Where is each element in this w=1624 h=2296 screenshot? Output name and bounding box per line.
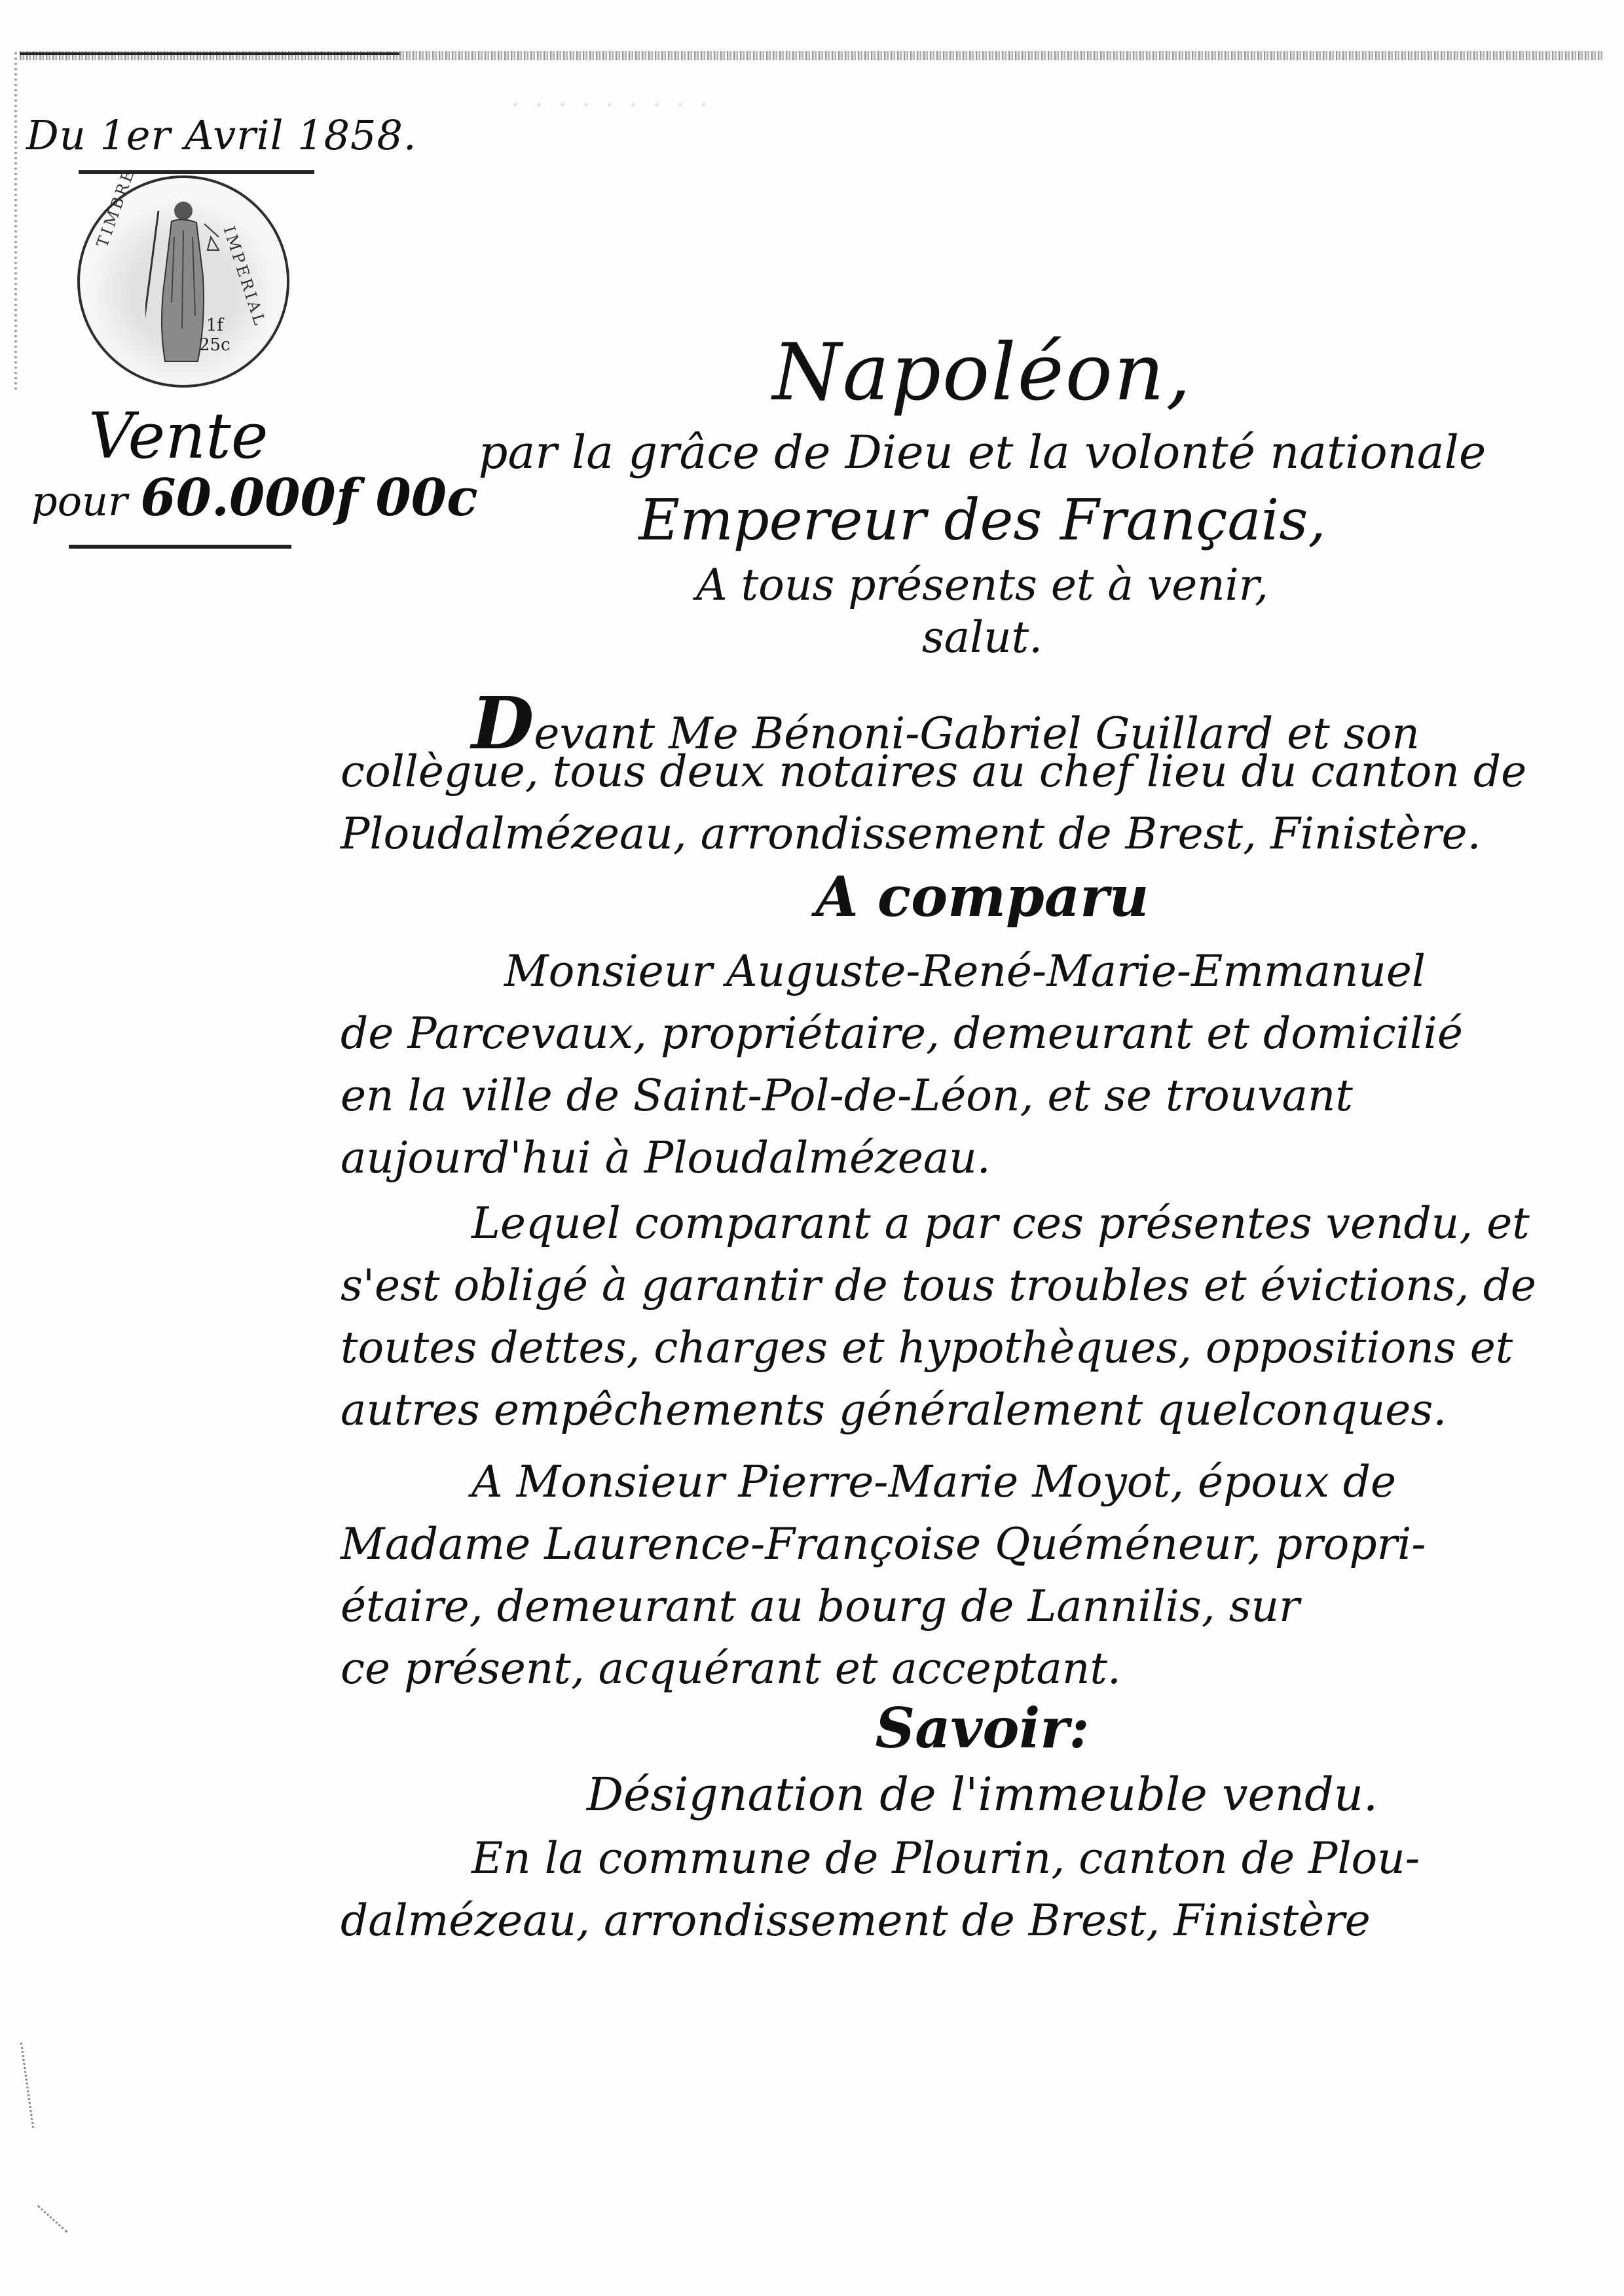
body-line: Ploudalmézeau, arrondissement de Brest, …: [341, 809, 1481, 859]
margin-mark: [11, 2205, 68, 2262]
header-line-1: par la grâce de Dieu et la volonté natio…: [458, 426, 1506, 479]
sale-title: Vente: [88, 399, 268, 473]
subsection-heading: Désignation de l'immeuble vendu.: [458, 1768, 1506, 1821]
sale-amount-line: pour 60.000f 00c: [31, 468, 478, 528]
document-page: · · · · · · · · · Du 1er Avril 1858. TIM…: [0, 0, 1624, 2296]
sale-amount: 60.000f 00c: [140, 468, 477, 528]
deed-date: Du 1er Avril 1858.: [26, 111, 417, 159]
header-line-2: Empereur des Français,: [458, 488, 1506, 553]
body-line: Lequel comparant a par ces présentes ven…: [471, 1198, 1530, 1248]
body-line: En la commune de Plourin, canton de Plou…: [471, 1833, 1420, 1884]
body-line: s'est obligé à garantir de tous troubles…: [341, 1260, 1536, 1311]
body-line: dalmézeau, arrondissement de Brest, Fini…: [341, 1895, 1371, 1946]
body-line: en la ville de Saint-Pol-de-Léon, et se …: [341, 1070, 1353, 1121]
body-line: A Monsieur Pierre-Marie Moyot, époux de: [471, 1457, 1396, 1507]
body-line: Madame Laurence-Françoise Quéméneur, pro…: [341, 1519, 1426, 1569]
body-line: autres empêchements généralement quelcon…: [341, 1385, 1447, 1435]
body-line: collègue, tous deux notaires au chef lie…: [341, 746, 1526, 797]
stamp-label-left: TIMBRE: [93, 165, 139, 249]
stamp-value-francs: 1f: [199, 316, 231, 335]
margin-mark: [20, 2043, 34, 2128]
date-underline: [79, 170, 314, 174]
sovereign-title: Napoléon,: [458, 327, 1506, 418]
header-line-4: salut.: [458, 612, 1506, 663]
sale-underline: [69, 545, 291, 549]
header-line-3: A tous présents et à venir,: [458, 560, 1506, 610]
body-line: Monsieur Auguste-René-Marie-Emmanuel: [504, 946, 1426, 996]
tax-stamp-icon: TIMBRE IMPERIAL 1f 25c: [77, 175, 289, 388]
scan-left-edge: [14, 52, 17, 393]
stamp-value-centimes: 25c: [199, 335, 231, 355]
bleed-through-text: · · · · · · · · ·: [511, 88, 1270, 115]
body-line: ce présent, acquérant et acceptant.: [341, 1643, 1121, 1694]
body-line: aujourd'hui à Ploudalmézeau.: [341, 1133, 991, 1183]
section-heading: A comparu: [458, 864, 1506, 929]
body-line: de Parcevaux, propriétaire, demeurant et…: [341, 1008, 1463, 1059]
sale-amount-prefix: pour: [31, 477, 128, 525]
body-line: toutes dettes, charges et hypothèques, o…: [341, 1322, 1513, 1373]
stamp-value: 1f 25c: [199, 316, 231, 355]
stamp-label-right: IMPERIAL: [219, 224, 269, 329]
body-line: étaire, demeurant au bourg de Lannilis, …: [341, 1581, 1300, 1631]
scan-top-edge-dark: [20, 52, 399, 55]
section-heading: Savoir:: [458, 1696, 1506, 1760]
